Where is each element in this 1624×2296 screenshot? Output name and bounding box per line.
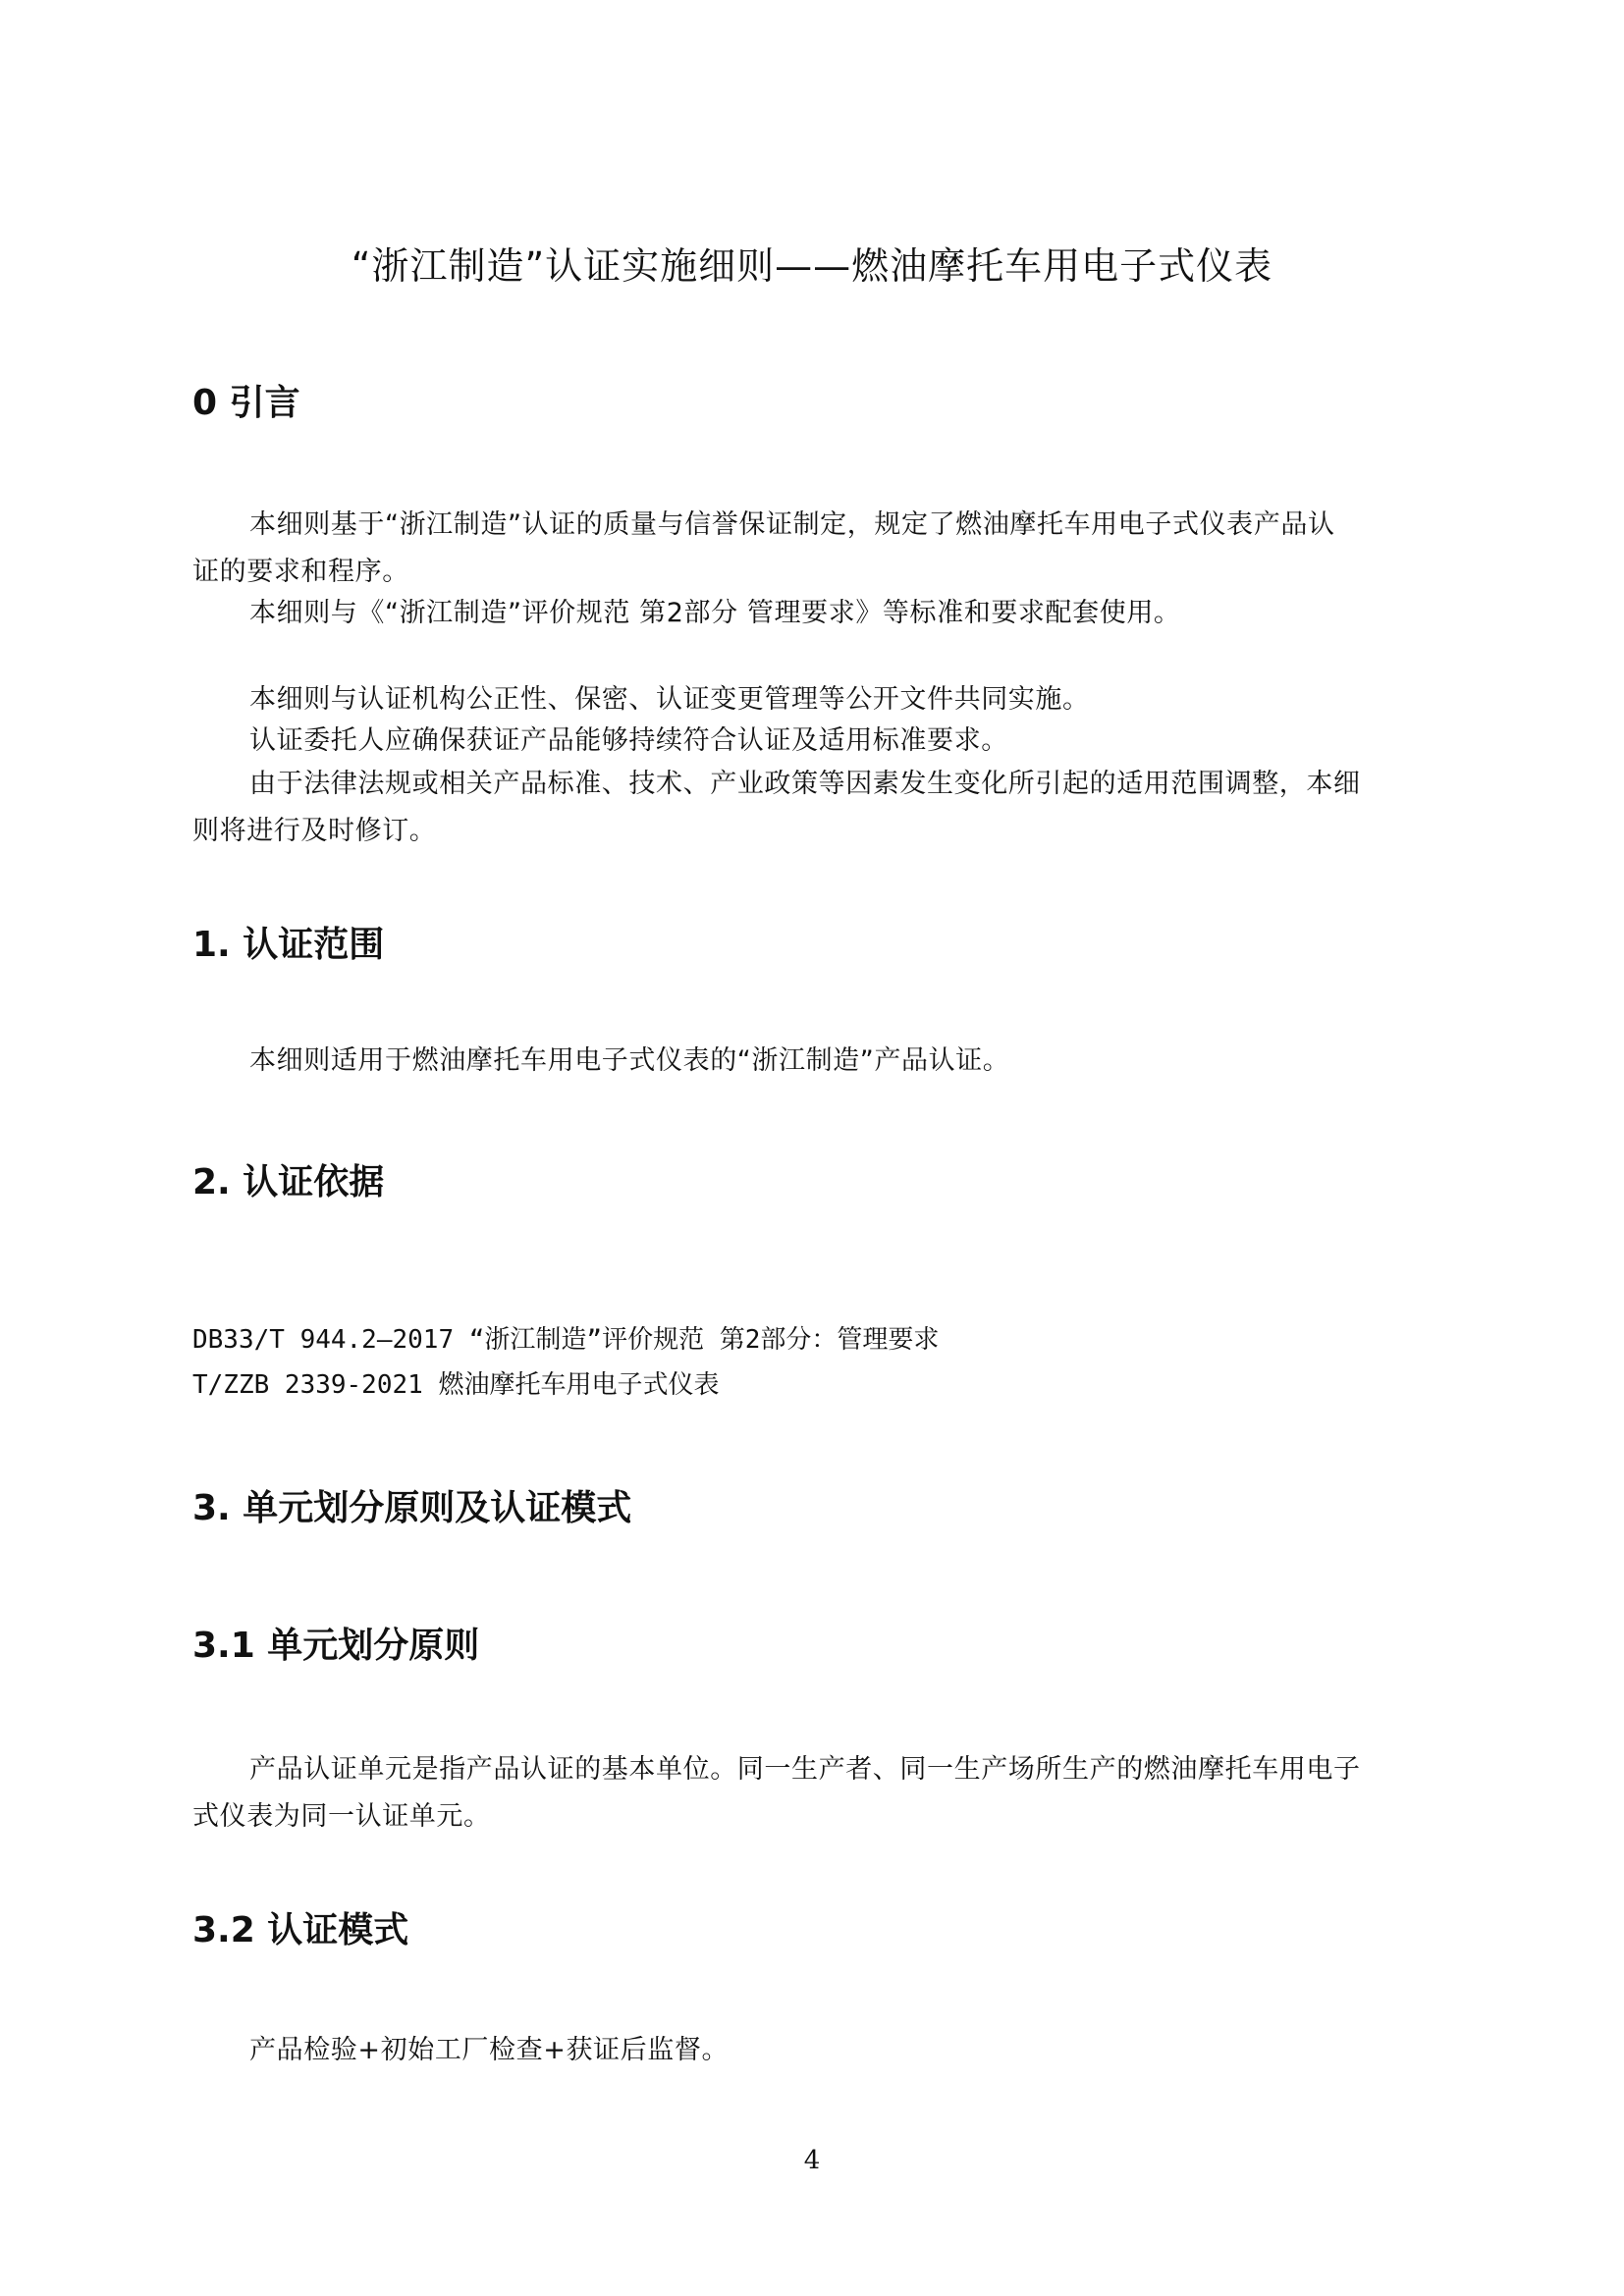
intro-paragraph-5-line-1: 由于法律法规或相关产品标准、技术、产业政策等因素发生变化所引起的适用范围调整，本…	[249, 762, 1361, 800]
page-number: 4	[0, 2146, 1624, 2175]
subsection-heading-unit-principle: 3.1 单元划分原则	[192, 1618, 479, 1668]
intro-paragraph-3: 本细则与认证机构公正性、保密、认证变更管理等公开文件共同实施。	[249, 677, 1090, 716]
reference-1: DB33/T 944.2—2017 “浙江制造”评价规范 第2部分：管理要求	[192, 1319, 939, 1356]
scope-paragraph: 本细则适用于燃油摩托车用电子式仪表的“浙江制造”产品认证。	[249, 1039, 1009, 1077]
unit-principle-line-2: 式仪表为同一认证单元。	[192, 1794, 491, 1833]
subsection-heading-cert-mode: 3.2 认证模式	[192, 1902, 408, 1952]
unit-principle-line-1: 产品认证单元是指产品认证的基本单位。同一生产者、同一生产场所生产的燃油摩托车用电…	[249, 1747, 1361, 1786]
intro-paragraph-5-line-2: 则将进行及时修订。	[192, 809, 436, 847]
intro-paragraph-1-line-1: 本细则基于“浙江制造”认证的质量与信誉保证制定，规定了燃油摩托车用电子式仪表产品…	[249, 503, 1335, 541]
section-heading-units: 3. 单元划分原则及认证模式	[192, 1480, 631, 1530]
intro-paragraph-1-line-2: 证的要求和程序。	[192, 550, 409, 588]
cert-mode-paragraph: 产品检验+初始工厂检查+获证后监督。	[249, 2028, 729, 2066]
section-heading-intro: 0 引言	[192, 375, 300, 425]
section-heading-basis: 2. 认证依据	[192, 1154, 384, 1204]
document-page: “浙江制造”认证实施细则——燃油摩托车用电子式仪表 0 引言 本细则基于“浙江制…	[0, 0, 1624, 2296]
document-title: “浙江制造”认证实施细则——燃油摩托车用电子式仪表	[0, 236, 1624, 290]
intro-paragraph-2: 本细则与《“浙江制造”评价规范 第2部分 管理要求》等标准和要求配套使用。	[249, 591, 1181, 629]
reference-2: T/ZZB 2339-2021 燃油摩托车用电子式仪表	[192, 1364, 719, 1401]
section-heading-scope: 1. 认证范围	[192, 917, 384, 967]
intro-paragraph-4: 认证委托人应确保获证产品能够持续符合认证及适用标准要求。	[249, 719, 1008, 757]
